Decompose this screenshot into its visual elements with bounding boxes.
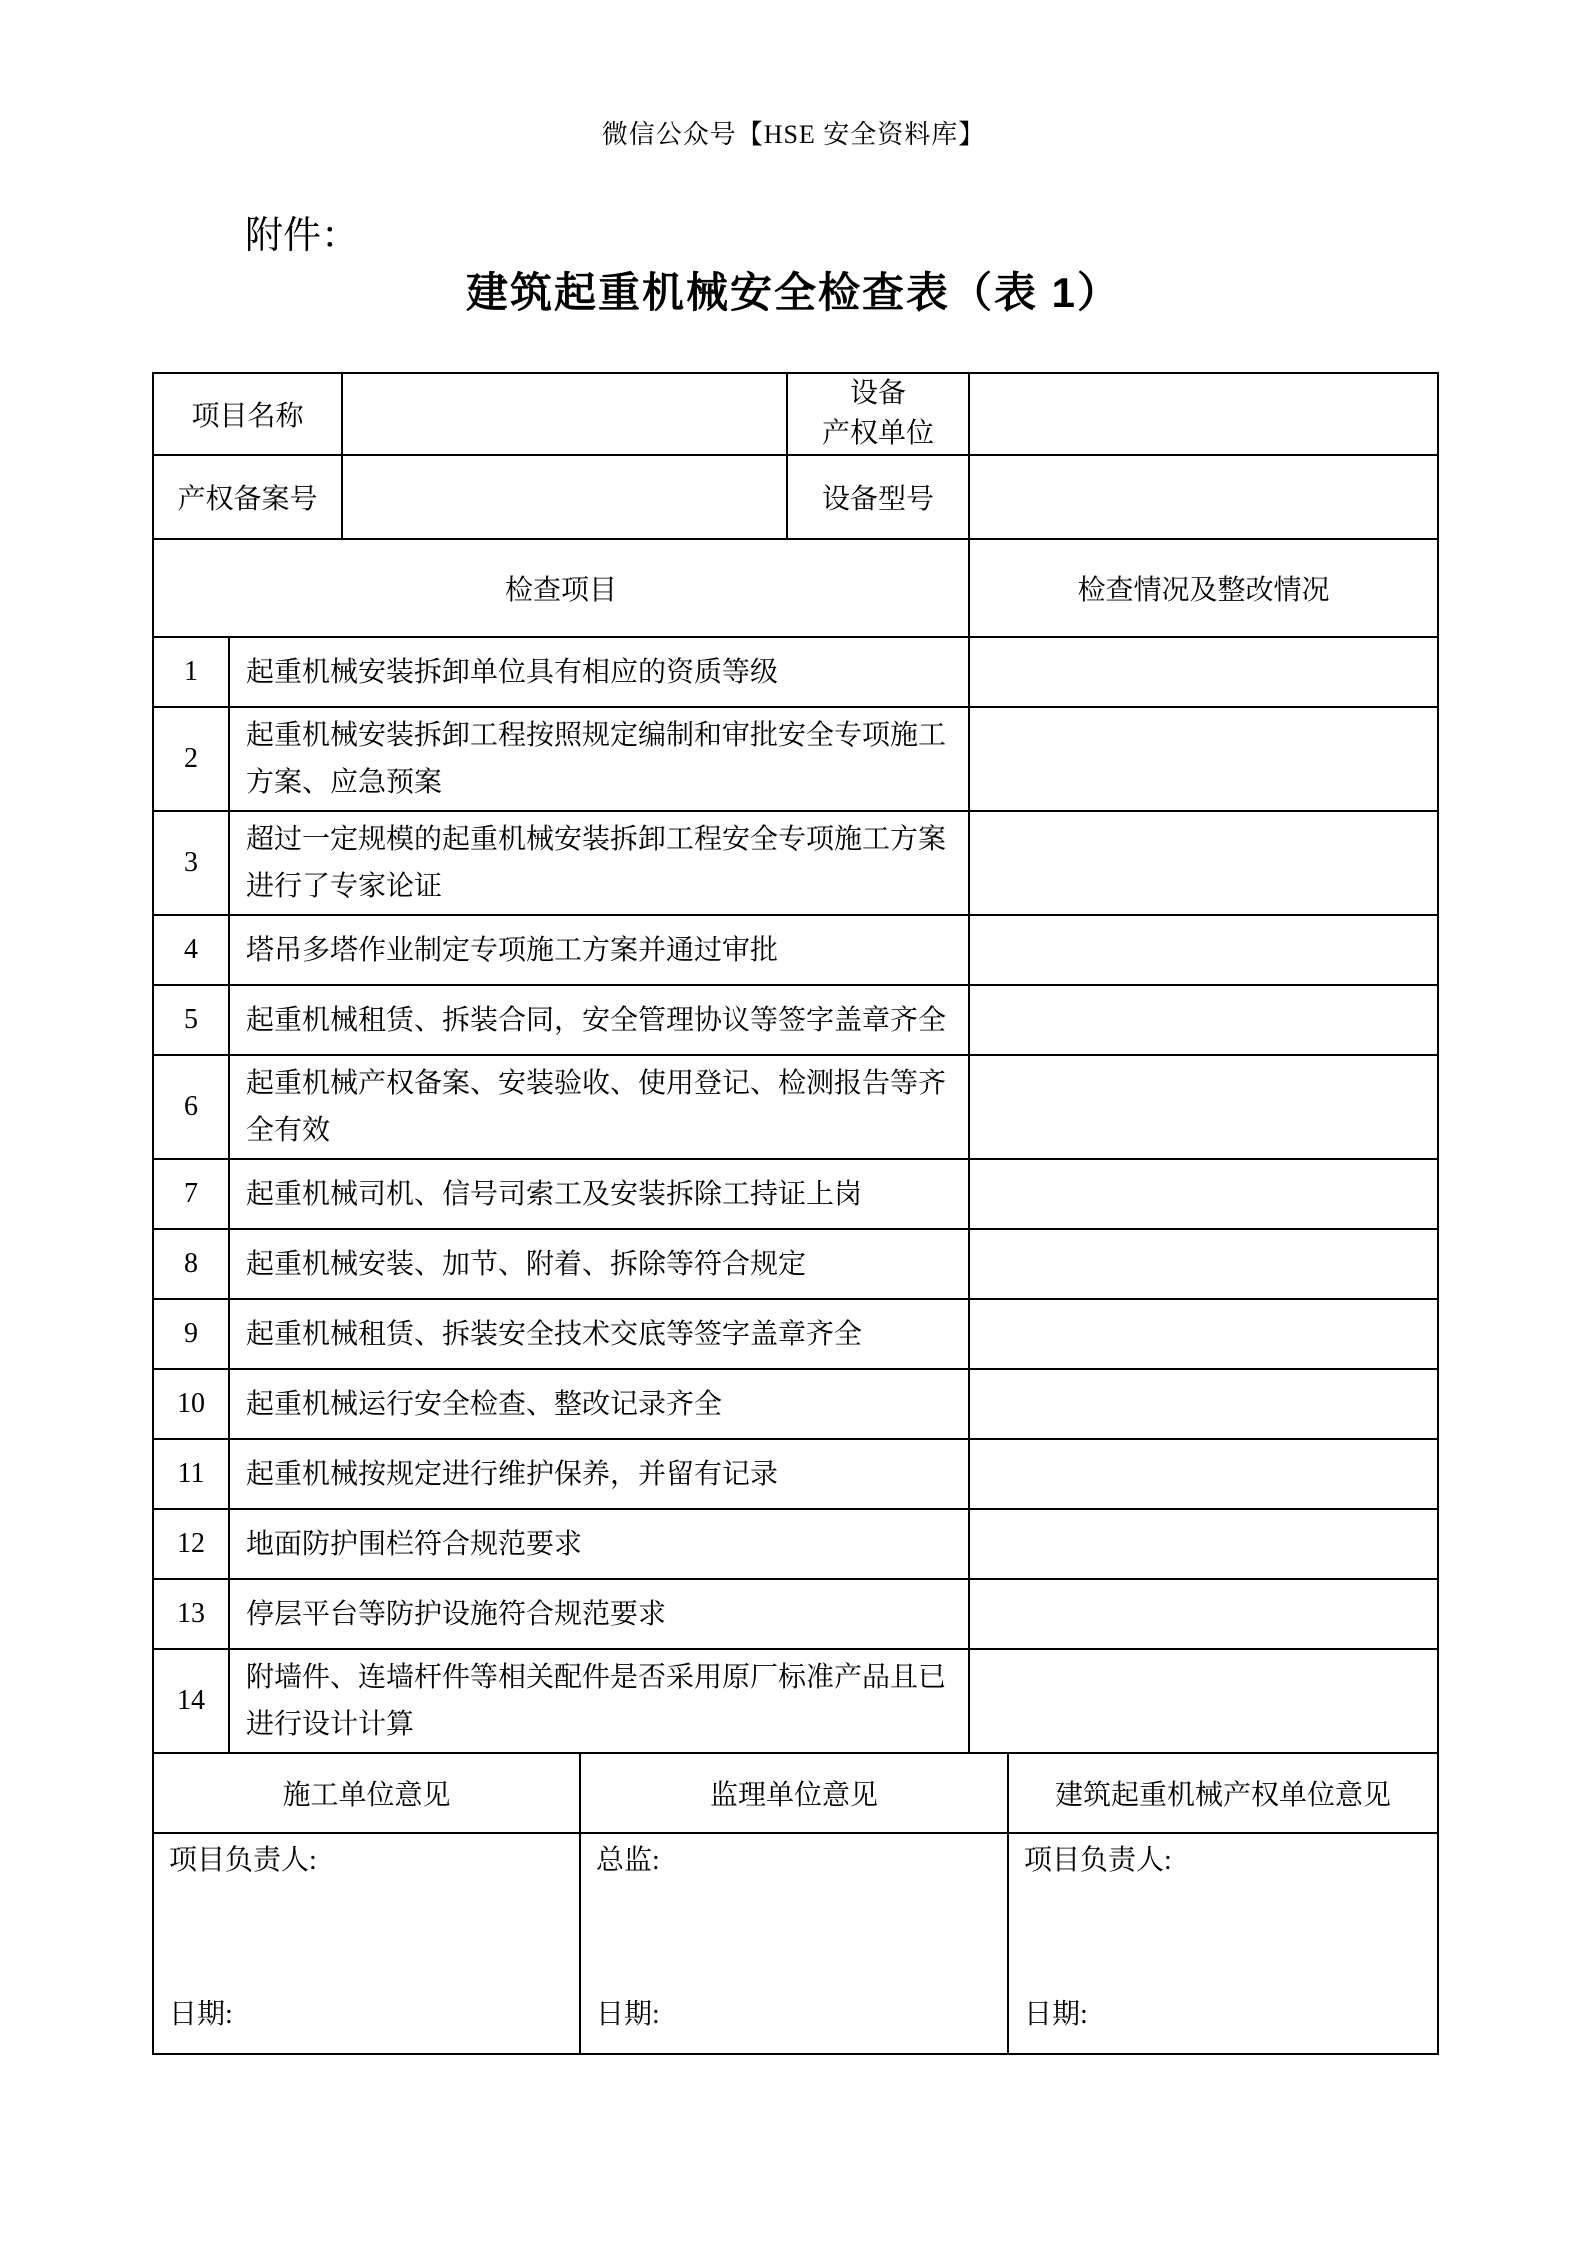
item-status-cell[interactable] xyxy=(969,985,1438,1055)
item-number: 7 xyxy=(153,1159,229,1229)
item-status-cell[interactable] xyxy=(969,1649,1438,1753)
item-status-cell[interactable] xyxy=(969,1159,1438,1229)
page-title: 建筑起重机械安全检查表（表 1） xyxy=(0,260,1587,320)
item-number: 4 xyxy=(153,915,229,985)
owner-role-label: 项目负责人: xyxy=(1024,1844,1427,1878)
item-text: 起重机械产权备案、安装验收、使用登记、检测报告等齐全有效 xyxy=(229,1055,969,1159)
owner-opinion-header: 建筑起重机械产权单位意见 xyxy=(1008,1753,1438,1833)
check-status-header: 检查情况及整改情况 xyxy=(969,539,1438,637)
construction-opinion-cell[interactable]: 项目负责人: 日期: xyxy=(153,1833,580,2054)
checklist-row-5: 5 起重机械租赁、拆装合同，安全管理协议等签字盖章齐全 xyxy=(153,985,1438,1055)
item-status-cell[interactable] xyxy=(969,1579,1438,1649)
item-number: 5 xyxy=(153,985,229,1055)
supervision-role-label: 总监: xyxy=(596,1844,997,1878)
item-text: 起重机械安装、加节、附着、拆除等符合规定 xyxy=(229,1229,969,1299)
item-number: 14 xyxy=(153,1649,229,1753)
checklist-row-2: 2 起重机械安装拆卸工程按照规定编制和审批安全专项施工方案、应急预案 xyxy=(153,707,1438,811)
checklist-row-10: 10 起重机械运行安全检查、整改记录齐全 xyxy=(153,1369,1438,1439)
item-status-cell[interactable] xyxy=(969,811,1438,915)
info-row-project: 项目名称 设备 产权单位 xyxy=(153,373,1438,455)
item-status-cell[interactable] xyxy=(969,1299,1438,1369)
checklist-row-8: 8 起重机械安装、加节、附着、拆除等符合规定 xyxy=(153,1229,1438,1299)
check-item-header: 检查项目 xyxy=(153,539,969,637)
device-owner-label: 设备 产权单位 xyxy=(787,373,969,455)
item-text: 起重机械司机、信号司索工及安装拆除工持证上岗 xyxy=(229,1159,969,1229)
construction-role-label: 项目负责人: xyxy=(169,1844,569,1878)
item-number: 9 xyxy=(153,1299,229,1369)
project-name-value-cell[interactable] xyxy=(342,373,787,455)
item-text: 地面防护围栏符合规范要求 xyxy=(229,1509,969,1579)
supervision-date-label: 日期: xyxy=(596,1998,997,2032)
checklist-row-6: 6 起重机械产权备案、安装验收、使用登记、检测报告等齐全有效 xyxy=(153,1055,1438,1159)
item-status-cell[interactable] xyxy=(969,1509,1438,1579)
watermark-text: 微信公众号【HSE 安全资料库】 xyxy=(0,114,1587,151)
owner-opinion-cell[interactable]: 项目负责人: 日期: xyxy=(1008,1833,1438,2054)
device-model-value-cell[interactable] xyxy=(969,455,1438,539)
checklist-row-3: 3 超过一定规模的起重机械安装拆卸工程安全专项施工方案进行了专家论证 xyxy=(153,811,1438,915)
project-name-label: 项目名称 xyxy=(153,373,342,455)
item-text: 起重机械按规定进行维护保养，并留有记录 xyxy=(229,1439,969,1509)
item-number: 6 xyxy=(153,1055,229,1159)
inspection-table: 项目名称 设备 产权单位 产权备案号 设备型号 检查项目 检查情况及整改情况 1… xyxy=(152,372,1439,2055)
owner-date-label: 日期: xyxy=(1024,1998,1427,2032)
item-text: 起重机械安装拆卸单位具有相应的资质等级 xyxy=(229,637,969,707)
checklist-row-14: 14 附墙件、连墙杆件等相关配件是否采用原厂标准产品且已进行设计计算 xyxy=(153,1649,1438,1753)
item-status-cell[interactable] xyxy=(969,637,1438,707)
item-number: 1 xyxy=(153,637,229,707)
device-owner-value-cell[interactable] xyxy=(969,373,1438,455)
record-number-value-cell[interactable] xyxy=(342,455,787,539)
item-status-cell[interactable] xyxy=(969,1229,1438,1299)
attachment-label: 附件： xyxy=(245,204,359,259)
checklist-row-7: 7 起重机械司机、信号司索工及安装拆除工持证上岗 xyxy=(153,1159,1438,1229)
checklist-row-12: 12 地面防护围栏符合规范要求 xyxy=(153,1509,1438,1579)
checklist-row-4: 4 塔吊多塔作业制定专项施工方案并通过审批 xyxy=(153,915,1438,985)
checklist-row-11: 11 起重机械按规定进行维护保养，并留有记录 xyxy=(153,1439,1438,1509)
item-status-cell[interactable] xyxy=(969,1439,1438,1509)
item-status-cell[interactable] xyxy=(969,915,1438,985)
item-number: 8 xyxy=(153,1229,229,1299)
item-number: 11 xyxy=(153,1439,229,1509)
info-row-record: 产权备案号 设备型号 xyxy=(153,455,1438,539)
item-number: 10 xyxy=(153,1369,229,1439)
record-number-label: 产权备案号 xyxy=(153,455,342,539)
checklist-row-13: 13 停层平台等防护设施符合规范要求 xyxy=(153,1579,1438,1649)
item-status-cell[interactable] xyxy=(969,1369,1438,1439)
opinions-body-row: 项目负责人: 日期: 总监: 日期: 项目负责人: 日期: xyxy=(153,1833,1438,2054)
device-model-label: 设备型号 xyxy=(787,455,969,539)
item-text: 附墙件、连墙杆件等相关配件是否采用原厂标准产品且已进行设计计算 xyxy=(229,1649,969,1753)
item-number: 12 xyxy=(153,1509,229,1579)
item-text: 起重机械租赁、拆装安全技术交底等签字盖章齐全 xyxy=(229,1299,969,1369)
item-status-cell[interactable] xyxy=(969,1055,1438,1159)
item-text: 停层平台等防护设施符合规范要求 xyxy=(229,1579,969,1649)
opinions-header-row: 施工单位意见 监理单位意见 建筑起重机械产权单位意见 xyxy=(153,1753,1438,1833)
supervision-opinion-header: 监理单位意见 xyxy=(580,1753,1008,1833)
item-number: 2 xyxy=(153,707,229,811)
checklist-header-row: 检查项目 检查情况及整改情况 xyxy=(153,539,1438,637)
construction-opinion-header: 施工单位意见 xyxy=(153,1753,580,1833)
item-number: 3 xyxy=(153,811,229,915)
item-status-cell[interactable] xyxy=(969,707,1438,811)
item-number: 13 xyxy=(153,1579,229,1649)
checklist-row-1: 1 起重机械安装拆卸单位具有相应的资质等级 xyxy=(153,637,1438,707)
item-text: 超过一定规模的起重机械安装拆卸工程安全专项施工方案进行了专家论证 xyxy=(229,811,969,915)
item-text: 起重机械安装拆卸工程按照规定编制和审批安全专项施工方案、应急预案 xyxy=(229,707,969,811)
construction-date-label: 日期: xyxy=(169,1998,569,2032)
checklist-row-9: 9 起重机械租赁、拆装安全技术交底等签字盖章齐全 xyxy=(153,1299,1438,1369)
item-text: 起重机械租赁、拆装合同，安全管理协议等签字盖章齐全 xyxy=(229,985,969,1055)
item-text: 塔吊多塔作业制定专项施工方案并通过审批 xyxy=(229,915,969,985)
item-text: 起重机械运行安全检查、整改记录齐全 xyxy=(229,1369,969,1439)
supervision-opinion-cell[interactable]: 总监: 日期: xyxy=(580,1833,1008,2054)
